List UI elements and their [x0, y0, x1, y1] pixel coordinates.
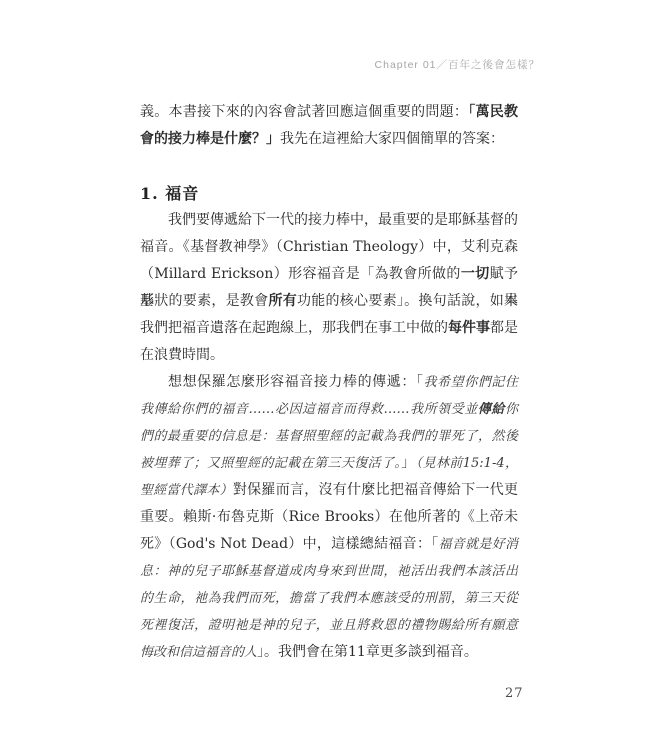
text-line: 想想保羅怎麼形容福音接力棒的傳遞：「我希望你們記住 [140, 369, 518, 396]
text-line: 我們把福音遺落在起跑線上，那我們在事工中做的每件事都是 [140, 315, 518, 342]
text-segment: 我們要傳遞給下一代的接力棒中，最重要的是耶穌基督的 [168, 212, 518, 228]
text-segment: 在浪費時間。 [140, 347, 224, 363]
text-line: 重要。賴斯·布魯克斯（Rice Brooks）在他所著的《上帝未 [140, 504, 518, 531]
text-segment: （見林前15:1-4， [416, 456, 518, 471]
text-line: 的生命，祂為我們而死，擔當了我們本應該受的刑罰，第三天從 [140, 585, 518, 612]
text-segment: 福音就是好消 [439, 537, 518, 552]
text-segment: 一切 [461, 266, 490, 282]
text-segment: 我們把福音遺落在起跑線上，那我們在事工中做的 [140, 320, 448, 336]
text-segment: 對保羅而言，沒有什麼比把福音傳給下一代更 [233, 482, 518, 498]
text-segment: 你 [505, 402, 518, 417]
text-segment: 義。本書接下來的內容會試著回應這個重要的問題： [140, 104, 468, 120]
text-segment: 會的接力棒是什麼？」 [140, 131, 280, 147]
text-segment: 息：神的兒子耶穌基督道成肉身來到世間，祂活出我們本該活出 [140, 564, 518, 579]
page-body: 義。本書接下來的內容會試著回應這個重要的問題：「萬民教會的接力棒是什麼？」我先在… [140, 99, 518, 666]
text-line: 義。本書接下來的內容會試著回應這個重要的問題：「萬民教 [140, 99, 518, 126]
text-segment: 每件事 [448, 320, 490, 336]
text-segment: 傳給 [478, 402, 505, 417]
text-segment: 的生命，祂為我們而死，擔當了我們本應該受的刑罰，第三天從 [140, 591, 518, 606]
text-line: 息：神的兒子耶穌基督道成肉身來到世間，祂活出我們本該活出 [140, 558, 518, 585]
text-segment: 形狀的要素，是教會 [140, 293, 268, 309]
text-segment: 都是 [490, 320, 518, 336]
text-segment: （Millard Erickson）形容福音是「為教會所做的 [140, 266, 461, 282]
text-segment: 被埋葬了；又照聖經的記載在第三天復活了。 [140, 456, 401, 471]
text-line: 會的接力棒是什麼？」我先在這裡給大家四個簡單的答案： [140, 126, 518, 153]
text-line: 形狀的要素，是教會所有功能的核心要素」。換句話說，如果 [140, 288, 518, 315]
text-segment: 所有 [268, 293, 297, 309]
text-line: （Millard Erickson）形容福音是「為教會所做的一切賦予基本 [140, 261, 518, 288]
text-line: 我傳給你們的福音……必因這福音而得救……我所領受並傳給你 [140, 396, 518, 423]
text-line: 死裡復活，證明祂是神的兒子，並且將救恩的禮物賜給所有願意 [140, 612, 518, 639]
text-segment: 功能的核心要素」。換句話說，如果 [297, 293, 518, 309]
page-number: 27 [505, 686, 524, 701]
section-heading: 1. 福音 [140, 180, 518, 207]
text-segment: 們的最重要的信息是：基督照聖經的記載為我們的罪死了，然後 [140, 429, 518, 444]
text-segment: 我希望你們記住 [424, 375, 519, 390]
text-segment: 我傳給你們的福音……必因這福音而得救……我所領受並 [140, 402, 478, 417]
text-line: 死》（God's Not Dead）中，這樣總結福音：「福音就是好消 [140, 531, 518, 558]
text-segment: 福音。《基督教神學》（Christian Theology）中，艾利克森 [140, 239, 518, 255]
chapter-title-label: Chapter 01／百年之後會怎樣？ [375, 59, 540, 71]
text-segment: 死裡復活，證明祂是神的兒子，並且將救恩的禮物賜給所有願意 [140, 618, 518, 633]
text-segment: 聖經當代譯本） [140, 483, 233, 498]
text-segment: 我先在這裡給大家四個簡單的答案： [280, 131, 504, 147]
text-segment: 」。我們會在第11章更多談到福音。 [257, 644, 478, 660]
text-segment: 悔改和信這福音的人 [140, 645, 257, 660]
text-line: 悔改和信這福音的人」。我們會在第11章更多談到福音。 [140, 639, 518, 666]
text-segment: 死》（God's Not Dead）中，這樣總結福音：「 [140, 536, 439, 552]
text-line: 聖經當代譯本）對保羅而言，沒有什麼比把福音傳給下一代更 [140, 477, 518, 504]
page-footer: 27 [505, 686, 524, 701]
text-segment: 重要。賴斯·布魯克斯（Rice Brooks）在他所著的《上帝未 [140, 509, 518, 525]
text-line: 福音。《基督教神學》（Christian Theology）中，艾利克森 [140, 234, 518, 261]
text-line: 我們要傳遞給下一代的接力棒中，最重要的是耶穌基督的 [140, 207, 518, 234]
text-line: 被埋葬了；又照聖經的記載在第三天復活了。」（見林前15:1-4， [140, 450, 518, 477]
running-header: Chapter 01／百年之後會怎樣？ [375, 57, 540, 72]
text-segment: 想想保羅怎麼形容福音接力棒的傳遞：「 [168, 374, 424, 390]
text-segment: 「萬民教 [468, 104, 518, 120]
text-segment: 」 [401, 455, 415, 471]
text-line: 們的最重要的信息是：基督照聖經的記載為我們的罪死了，然後 [140, 423, 518, 450]
text-line: 在浪費時間。 [140, 342, 518, 369]
book-page: Chapter 01／百年之後會怎樣？ 義。本書接下來的內容會試著回應這個重要的… [0, 0, 650, 750]
